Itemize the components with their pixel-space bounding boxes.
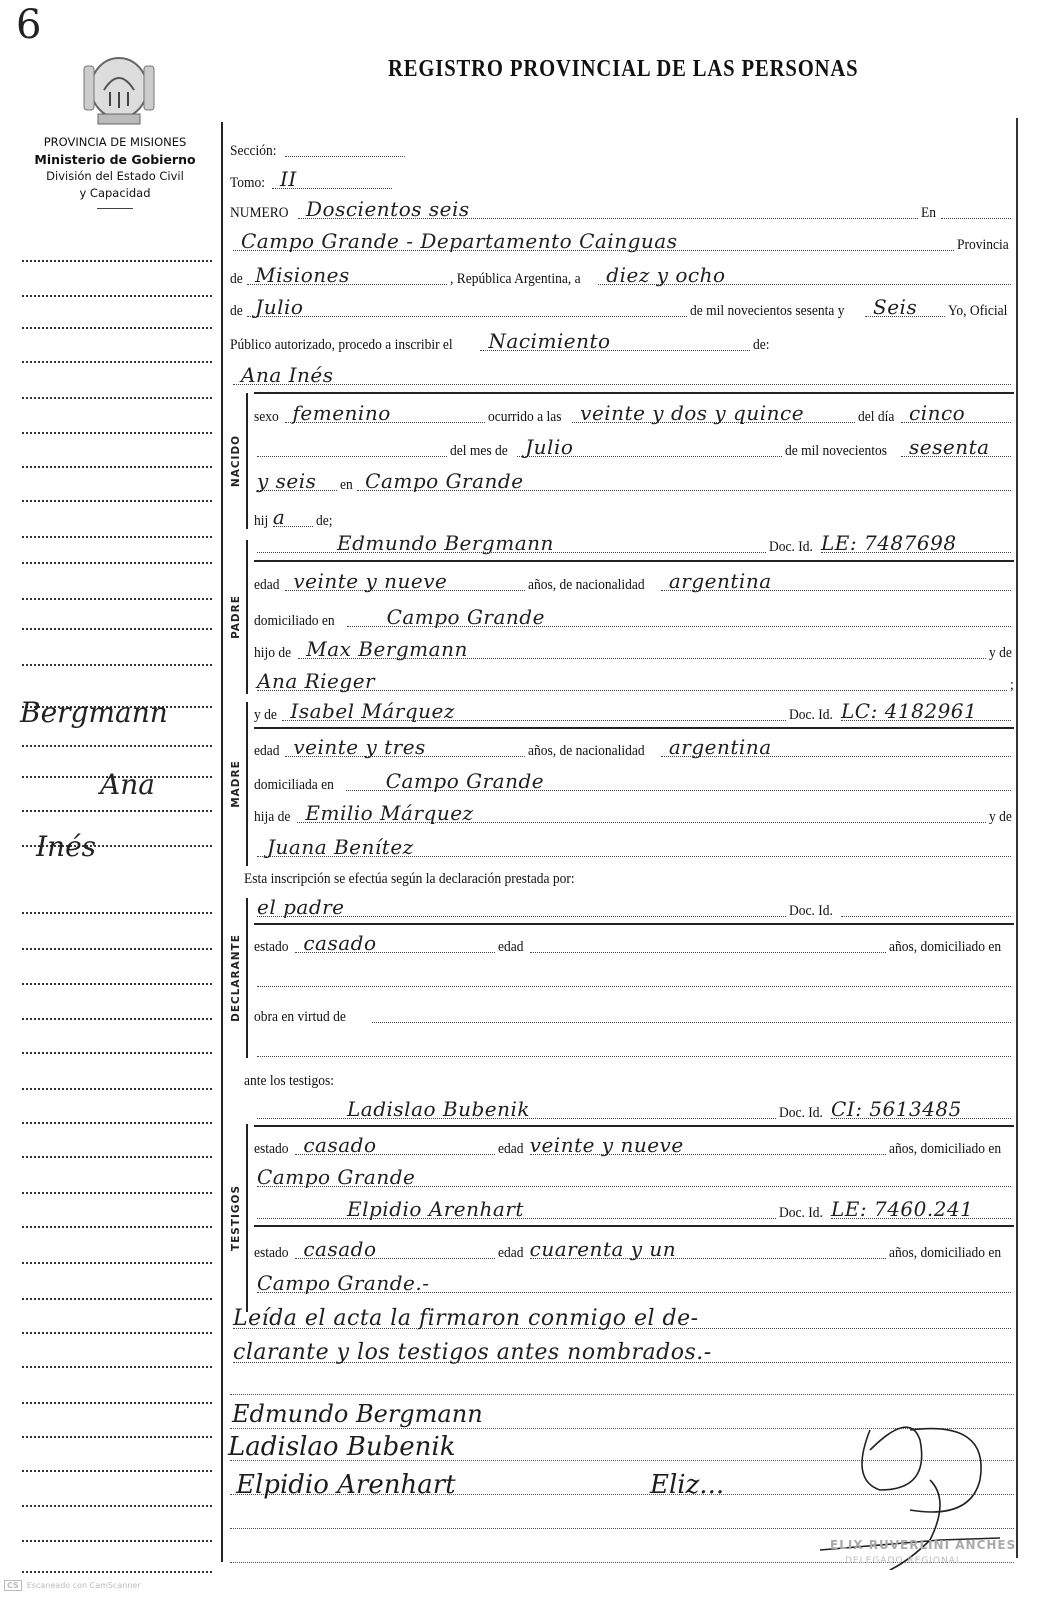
en-field[interactable] (941, 199, 1011, 219)
testigo-1-edad-label: edad (498, 1141, 523, 1160)
padre-domicilio-field[interactable]: Campo Grande (347, 607, 1011, 627)
margin-line (22, 1052, 212, 1054)
margin-line (22, 810, 212, 812)
margin-line (22, 664, 212, 666)
agency-province: PROVINCIA DE MISIONES (10, 134, 220, 151)
padre-edad-label: edad (254, 577, 279, 596)
margin-line (22, 562, 212, 564)
numero-row: NUMERO Doscientos seis En (230, 196, 1014, 224)
mil-novecientos-nacido-label: de mil novecientos (785, 443, 887, 462)
signature-testigo-2: Elpidio Arenhart (236, 1470, 456, 1500)
margin-line (22, 983, 212, 985)
madre-y-de-label: y de (254, 707, 277, 726)
margin-given-name-2: Inés (36, 830, 96, 863)
madre-nombre-row: y de Isabel Márquez Doc. Id. LC: 4182961 (254, 698, 1014, 726)
madre-name-underline (254, 727, 1014, 729)
declarante-section-bar (246, 898, 248, 1058)
testigo-2-edad-label: edad (498, 1245, 523, 1264)
padre-madre-row: Ana Rieger ; (254, 668, 1014, 696)
declarante-domicilio-field[interactable] (257, 967, 1011, 987)
declarante-obra-label: obra en virtud de (254, 1009, 346, 1028)
agency-capacity: y Capacidad (10, 185, 220, 202)
agency-block: PROVINCIA DE MISIONES Ministerio de Gobi… (10, 134, 220, 209)
declarante-estado-field[interactable]: casado (295, 933, 495, 953)
padre-edad-row: edad veinte y nueve años, de nacionalida… (254, 568, 1014, 596)
margin-line (22, 327, 212, 329)
margin-line (22, 1298, 212, 1300)
margin-line (22, 466, 212, 468)
scanner-text: Escaneado con CamScanner (27, 1581, 141, 1590)
hijo-row: hij a de; (254, 504, 358, 532)
madre-edad-row: edad veinte y tres años, de nacionalidad… (254, 734, 1014, 762)
testigos-intro: ante los testigos: (244, 1073, 334, 1092)
anio-cont-field[interactable]: y seis (257, 471, 337, 491)
padre-hijo-de-row: hijo de Max Bergmann y de (254, 636, 1014, 664)
fecha-mes-field[interactable]: Julio (247, 297, 687, 317)
acto-row: Público autorizado, procedo a inscribir … (230, 328, 1014, 356)
declarante-estado-label: estado (254, 939, 288, 958)
testigo-1-doc-field[interactable]: CI: 5613485 (831, 1099, 1011, 1119)
signature-padre: Edmundo Bergmann (232, 1400, 483, 1428)
lugar-row: Campo Grande - Departamento Cainguas Pro… (230, 228, 1014, 256)
madre-domicilio-label: domiciliada en (254, 777, 334, 796)
declarante-domicilio-row (254, 964, 1014, 992)
dia-label: del día (858, 409, 894, 428)
testigo-1-estado-label: estado (254, 1141, 288, 1160)
margin-line (22, 260, 212, 262)
fecha-anio-field[interactable]: Seis (865, 297, 945, 317)
signature-testigo-1: Ladislao Bubenik (228, 1432, 456, 1462)
testigos-section-label: TESTIGOS (226, 1124, 246, 1312)
margin-line (22, 500, 212, 502)
acto-label: Público autorizado, procedo a inscribir … (230, 337, 453, 356)
margin-line (22, 1402, 212, 1404)
declarante-edad-label: edad (498, 939, 523, 958)
margin-line (22, 1122, 212, 1124)
declarante-obra-row: obra en virtud de (254, 1000, 1014, 1028)
testigo-2-doc-label: Doc. Id. (779, 1205, 823, 1224)
hora-field[interactable]: veinte y dos y quince (572, 403, 854, 423)
margin-line (22, 1505, 212, 1507)
anio-field[interactable]: sesenta (901, 437, 1011, 457)
declarante-obra-field[interactable] (372, 1003, 1011, 1023)
seccion-row: Sección: (230, 134, 458, 162)
madre-nacionalidad-label: años, de nacionalidad (528, 743, 645, 762)
cierre-row-2: clarante y los testigos antes nombrados.… (230, 1340, 1014, 1368)
madre-hija-de-label: hija de (254, 809, 290, 828)
testigo-1-estado-field[interactable]: casado (295, 1135, 495, 1155)
tomo-row: Tomo: II (230, 166, 458, 194)
testigo-1-doc-label: Doc. Id. (779, 1105, 823, 1124)
testigo-1-nombre-field[interactable]: Ladislao Bubenik (257, 1099, 776, 1119)
declarante-doc-label: Doc. Id. (789, 903, 833, 922)
margin-line (22, 1088, 212, 1090)
acto-field[interactable]: Nacimiento (480, 331, 750, 351)
madre-madre-field[interactable]: Juana Benítez (257, 837, 1011, 857)
madre-doc-label: Doc. Id. (789, 707, 833, 726)
seccion-label: Sección: (230, 143, 276, 162)
cierre-row-1: Leída el acta la firmaron conmigo el de- (230, 1306, 1014, 1334)
margin-line (22, 1470, 212, 1472)
testigos-section-bar (246, 1124, 248, 1312)
dia-field[interactable]: cinco (901, 403, 1011, 423)
madre-edad-label: edad (254, 743, 279, 762)
padre-nombre-field[interactable]: Edmundo Bergmann (257, 533, 766, 553)
padre-y-de-label: y de (989, 645, 1012, 664)
hij-suffix-field[interactable]: a (273, 507, 313, 527)
madre-domicilio-row: domiciliada en Campo Grande (254, 768, 1014, 796)
seccion-field[interactable] (285, 137, 405, 157)
declarante-section-label: DECLARANTE (226, 898, 246, 1058)
padre-domicilio-row: domiciliado en Campo Grande (254, 604, 1014, 632)
nacido-nombre-field[interactable]: Ana Inés (233, 365, 1011, 385)
padre-madre-field[interactable]: Ana Rieger (257, 671, 1007, 691)
margin-line (22, 361, 212, 363)
numero-label: NUMERO (230, 205, 289, 224)
margin-line (22, 1571, 212, 1573)
provincia-label: Provincia (957, 237, 1009, 256)
testigo-2-estado-label: estado (254, 1245, 288, 1264)
margin-line (22, 1018, 212, 1020)
declarante-estado-row: estado casado edad años, domiciliado en (254, 930, 1014, 958)
margin-line (22, 628, 212, 630)
declarante-nombre-field[interactable]: el padre (257, 897, 786, 917)
testigo-1-name-underline (254, 1125, 1014, 1127)
declarante-intro-row: Esta inscripción se efectúa según la dec… (244, 862, 1014, 890)
agency-divider (97, 208, 133, 209)
testigo-2-estado-row: estado casado edad cuarenta y un años, d… (254, 1236, 1014, 1264)
declarante-edad-field[interactable] (530, 933, 887, 953)
hora-label: ocurrido a las (488, 409, 561, 428)
cierre-line-2[interactable]: clarante y los testigos antes nombrados.… (233, 1343, 1011, 1363)
margin-line (22, 1540, 212, 1542)
margin-line (22, 912, 212, 914)
madre-nacionalidad-field[interactable]: argentina (661, 737, 1011, 757)
semicolon-label: ; (1010, 677, 1014, 696)
scanner-watermark: CS Escaneado con CamScanner (4, 1580, 141, 1591)
margin-line (22, 1192, 212, 1194)
nacido-nombre-row: Ana Inés (230, 362, 1014, 390)
nacido-section-label: NACIDO (226, 393, 246, 529)
de-mes-label: de (230, 303, 243, 322)
margin-line (22, 397, 212, 399)
declarante-intro: Esta inscripción se efectúa según la dec… (244, 871, 575, 890)
cierre-line-1[interactable]: Leída el acta la firmaron conmigo el de- (233, 1309, 1011, 1329)
testigo-2-nombre-row: Elpidio Arenhart Doc. Id. LE: 7460.241 (254, 1196, 1014, 1224)
margin-line (22, 432, 212, 434)
testigo-1-domicilio-field[interactable]: Campo Grande (257, 1167, 1011, 1187)
nacido-section-bar (246, 393, 248, 529)
agency-ministry: Ministerio de Gobierno (10, 151, 220, 168)
margin-given-name-1: Ana (100, 768, 155, 801)
padre-nacionalidad-field[interactable]: argentina (661, 571, 1011, 591)
padre-doc-field[interactable]: LE: 7487698 (821, 533, 1011, 553)
tomo-label: Tomo: (230, 175, 265, 194)
signature-oficial: Eliz... (650, 1470, 724, 1500)
madre-hija-de-row: hija de Emilio Márquez y de (254, 800, 1014, 828)
sexo-row: sexo femenino ocurrido a las veinte y do… (254, 400, 1014, 428)
testigo-2-domicilio-row: Campo Grande.- (254, 1270, 1014, 1298)
padre-nombre-row: Edmundo Bergmann Doc. Id. LE: 7487698 (254, 530, 1014, 558)
provincia-row: de Misiones , República Argentina, a die… (230, 262, 1014, 290)
margin-line (22, 1262, 212, 1264)
margin-line (22, 948, 212, 950)
margin-surname: Bergmann (20, 696, 168, 729)
yo-oficial-label: Yo, Oficial (948, 303, 1007, 322)
republica-label: , República Argentina, a (450, 271, 581, 290)
mil-novecientos-label: de mil novecientos sesenta y (690, 303, 844, 322)
testigo-2-estado-field[interactable]: casado (295, 1239, 495, 1259)
margin-line (22, 745, 212, 747)
numero-field[interactable]: Doscientos seis (298, 199, 918, 219)
mes-field[interactable]: Julio (517, 437, 782, 457)
padre-section-label: PADRE (226, 540, 246, 694)
padre-nacionalidad-label: años, de nacionalidad (528, 577, 645, 596)
document-title: REGISTRO PROVINCIAL DE LAS PERSONAS (388, 56, 859, 83)
official-stamp-name: ELIX RUVERLINI ANCHES (830, 1538, 1016, 1552)
main-vertical-rule (221, 122, 223, 1562)
tomo-field[interactable]: II (272, 169, 392, 189)
margin-line (22, 536, 212, 538)
lugar-nacido-field[interactable]: Campo Grande (357, 471, 1011, 491)
testigo-1-nombre-row: Ladislao Bubenik Doc. Id. CI: 5613485 (254, 1096, 1014, 1124)
testigo-2-doc-field[interactable]: LE: 7460.241 (831, 1199, 1011, 1219)
declarante-nombre-row: el padre Doc. Id. (254, 894, 1014, 922)
testigo-1-domiciliado-label: años, domiciliado en (889, 1141, 1001, 1160)
madre-domicilio-field[interactable]: Campo Grande (346, 771, 1011, 791)
fecha-dia-field[interactable]: diez y ocho (598, 265, 1011, 285)
testigo-1-estado-row: estado casado edad veinte y nueve años, … (254, 1132, 1014, 1160)
margin-line (22, 1332, 212, 1334)
del-mes-label: del mes de (450, 443, 508, 462)
padre-hijo-de-label: hijo de (254, 645, 291, 664)
testigo-2-nombre-field[interactable]: Elpidio Arenhart (257, 1199, 776, 1219)
lugar-field[interactable]: Campo Grande - Departamento Cainguas (233, 231, 954, 251)
lugar-nacido-row: y seis en Campo Grande (254, 468, 1014, 496)
official-stamp-title: DELEGADO REGIONAL (845, 1556, 962, 1566)
mes-nacido-row: del mes de Julio de mil novecientos sese… (254, 434, 1014, 462)
blank-field[interactable] (257, 437, 447, 457)
nacido-name-underline (254, 392, 1014, 394)
padre-name-underline (254, 560, 1014, 562)
madre-madre-row: Juana Benítez (254, 834, 1014, 862)
sexo-field[interactable]: femenino (285, 403, 485, 423)
padre-edad-field[interactable]: veinte y nueve (285, 571, 525, 591)
madre-y-de-suffix-label: y de (989, 809, 1012, 828)
testigo-2-domiciliado-label: años, domiciliado en (889, 1245, 1001, 1264)
margin-line (22, 295, 212, 297)
margin-line (22, 1226, 212, 1228)
right-vertical-rule (1016, 118, 1018, 1558)
padre-hijo-de-field[interactable]: Max Bergmann (298, 639, 985, 659)
madre-section-label: MADRE (226, 702, 246, 866)
margin-line (22, 1366, 212, 1368)
madre-hija-de-field[interactable]: Emilio Márquez (297, 803, 985, 823)
madre-edad-field[interactable]: veinte y tres (285, 737, 525, 757)
padre-section-bar (246, 540, 248, 694)
declarante-blank-field[interactable] (257, 1037, 1011, 1057)
testigo-2-name-underline (254, 1225, 1014, 1227)
declarante-blank-row (254, 1034, 1014, 1062)
agency-division: División del Estado Civil (10, 168, 220, 185)
padre-domicilio-label: domiciliado en (254, 613, 335, 632)
madre-nombre-field[interactable]: Isabel Márquez (282, 701, 786, 721)
en-nacido-label: en (340, 477, 353, 496)
declarante-doc-field[interactable] (841, 897, 1011, 917)
margin-line (22, 1436, 212, 1438)
testigo-2-domicilio-field[interactable]: Campo Grande.- (257, 1273, 1011, 1293)
de-colon-label: de: (753, 337, 769, 356)
de-label: de (230, 271, 243, 290)
provincia-field[interactable]: Misiones (247, 265, 447, 285)
margin-line (22, 598, 212, 600)
madre-doc-field[interactable]: LC: 4182961 (841, 701, 1011, 721)
padre-doc-label: Doc. Id. (769, 539, 813, 558)
camscanner-icon: CS (4, 1580, 22, 1591)
mes-row: de Julio de mil novecientos sesenta y Se… (230, 294, 1014, 322)
en-label: En (921, 205, 936, 224)
testigo-1-domicilio-row: Campo Grande (254, 1164, 1014, 1192)
coat-of-arms-icon (80, 52, 158, 128)
testigos-intro-row: ante los testigos: (244, 1064, 1014, 1092)
page-number: 6 (16, 2, 41, 48)
declarante-domiciliado-label: años, domiciliado en (889, 939, 1001, 958)
testigo-1-edad-field[interactable]: veinte y nueve (530, 1135, 887, 1155)
declarante-name-underline (254, 923, 1014, 925)
signature-line (230, 1394, 1014, 1395)
sexo-label: sexo (254, 409, 279, 428)
margin-line (22, 1156, 212, 1158)
madre-section-bar (246, 702, 248, 866)
testigo-2-edad-field[interactable]: cuarenta y un (530, 1239, 887, 1259)
